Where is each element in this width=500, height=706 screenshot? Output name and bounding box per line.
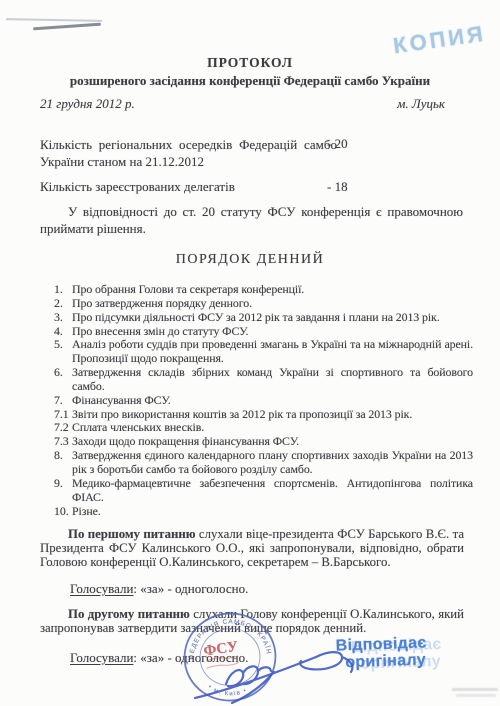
vote-line-2: Голосували: «за» - одноголосно. [70,650,248,666]
question-1-lead: По першому питанню [68,527,196,541]
document-date: 21 грудня 2012 р. [40,96,135,112]
document-title: ПРОТОКОЛ [0,55,500,71]
document-place: м. Луцьк [397,96,445,112]
pen-mark [6,18,102,22]
svg-text:• м. Київ •: • м. Київ • [206,679,249,701]
agenda-item: 6.Затвердження складів збірних команд Ук… [54,366,473,394]
faint-imprint [452,688,498,691]
faint-imprint [456,694,496,697]
agenda-item: 10.Різне. [54,505,473,519]
copy-stamp: КОПИЯ [392,21,488,60]
document-page: КОПИЯ ПРОТОКОЛ розширеного засідання кон… [0,0,500,706]
agenda-item: 8.Затвердження єдиного календарного план… [54,449,473,477]
vote-line-1: Голосували: «за» - одноголосно. [70,581,248,597]
agenda-item: 4.Про внесення змін до статуту ФСУ. [54,325,473,339]
question-1-paragraph: По першому питанню слухали віце-президен… [40,527,464,570]
verify-stamp-line2: оригіналу [336,652,427,672]
agenda-item: 7.2Сплата членських внесків. [54,421,473,435]
intro-paragraph: У відповідності до ст. 20 статуту ФСУ ко… [40,203,463,237]
verify-stamp: Відповідає оригіналу Відповідає оригінал… [335,635,427,671]
agenda-item: 7.Фінансування ФСУ. [54,394,473,408]
count-delegates-value: - 18 [327,179,348,195]
agenda-item: 3.Про підсумки діяльності ФСУ за 2012 рі… [54,311,473,325]
count-regional-label: Кількість регіональних осередків Федерац… [40,136,337,170]
agenda-item: 7.3Заходи щодо покращення фінансування Ф… [54,435,473,449]
document-subtitle: розширеного засідання конференції Федера… [0,73,500,89]
agenda-item: 1.Про обрання Голови та секретаря конфер… [54,283,473,297]
count-regional-value: - 20 [327,136,348,152]
count-delegates-label: Кількість зареєстрованих делегатів [40,179,235,195]
agenda-item: 9.Медико-фармацевтичне забезпечення спор… [54,477,473,505]
question-2-paragraph: По другому питанню слухали Голову конфер… [40,607,464,635]
date-place-row: 21 грудня 2012 р. м. Луцьк [40,96,445,112]
question-2-lead: По другому питанню [68,607,190,621]
agenda-item: 5.Аналіз роботи суддів при проведенні зм… [54,338,473,366]
pen-mark [33,23,101,30]
agenda-title: ПОРЯДОК ДЕННИЙ [0,252,500,268]
seal-ring-bottom-text: • м. Київ • [206,679,249,701]
agenda-list: 1.Про обрання Голови та секретаря конфер… [54,283,473,518]
agenda-item: 2.Про затвердження порядку денного. [54,297,473,311]
agenda-item: 7.1Звіти про використання коштів за 2012… [54,408,473,422]
